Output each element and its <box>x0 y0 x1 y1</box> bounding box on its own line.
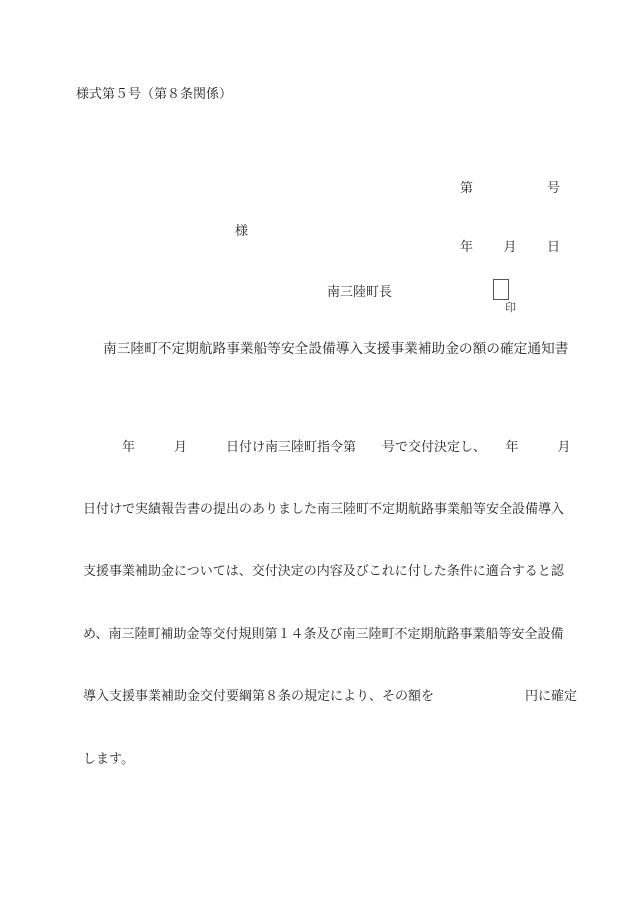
document-number-block: 第 号 年 月 日 <box>460 139 562 295</box>
body-line: します。 <box>83 749 583 770</box>
sender-title: 南三陸町長 <box>327 281 392 300</box>
body-line: 年 月 日付け南三陸町指令第 号で交付決定し、 年 月 <box>83 437 583 458</box>
body-line: め、南三陸町補助金等交付規則第１４条及び南三陸町不定期航路事業船等安全設備 <box>83 624 583 645</box>
body-line: 日付けで実績報告書の提出のありました南三陸町不定期航路事業船等安全設備導入 <box>83 499 583 520</box>
body-line: 支援事業補助金については、交付決定の内容及びこれに付した条件に適合すると認 <box>83 561 583 582</box>
form-number: 様式第５号（第８条関係） <box>76 83 232 102</box>
seal-label: 印 <box>505 302 516 314</box>
document-title: 南三陸町不定期航路事業船等安全設備導入支援事業補助金の額の確定通知書 <box>103 337 568 357</box>
body-line: 導入支援事業補助金交付要綱第８条の規定により、その額を 円に確定 <box>83 686 583 707</box>
addressee-honorific: 様 <box>235 220 248 239</box>
document-page: 様式第５号（第８条関係） 第 号 年 月 日 様 南三陸町長 印 南三陸町不定期… <box>0 0 630 903</box>
seal-box: 印 <box>493 279 509 300</box>
document-number-line: 第 号 <box>460 178 562 198</box>
document-body: 年 月 日付け南三陸町指令第 号で交付決定し、 年 月 日付けで実績報告書の提出… <box>83 395 583 811</box>
document-date-line: 年 月 日 <box>460 237 562 257</box>
